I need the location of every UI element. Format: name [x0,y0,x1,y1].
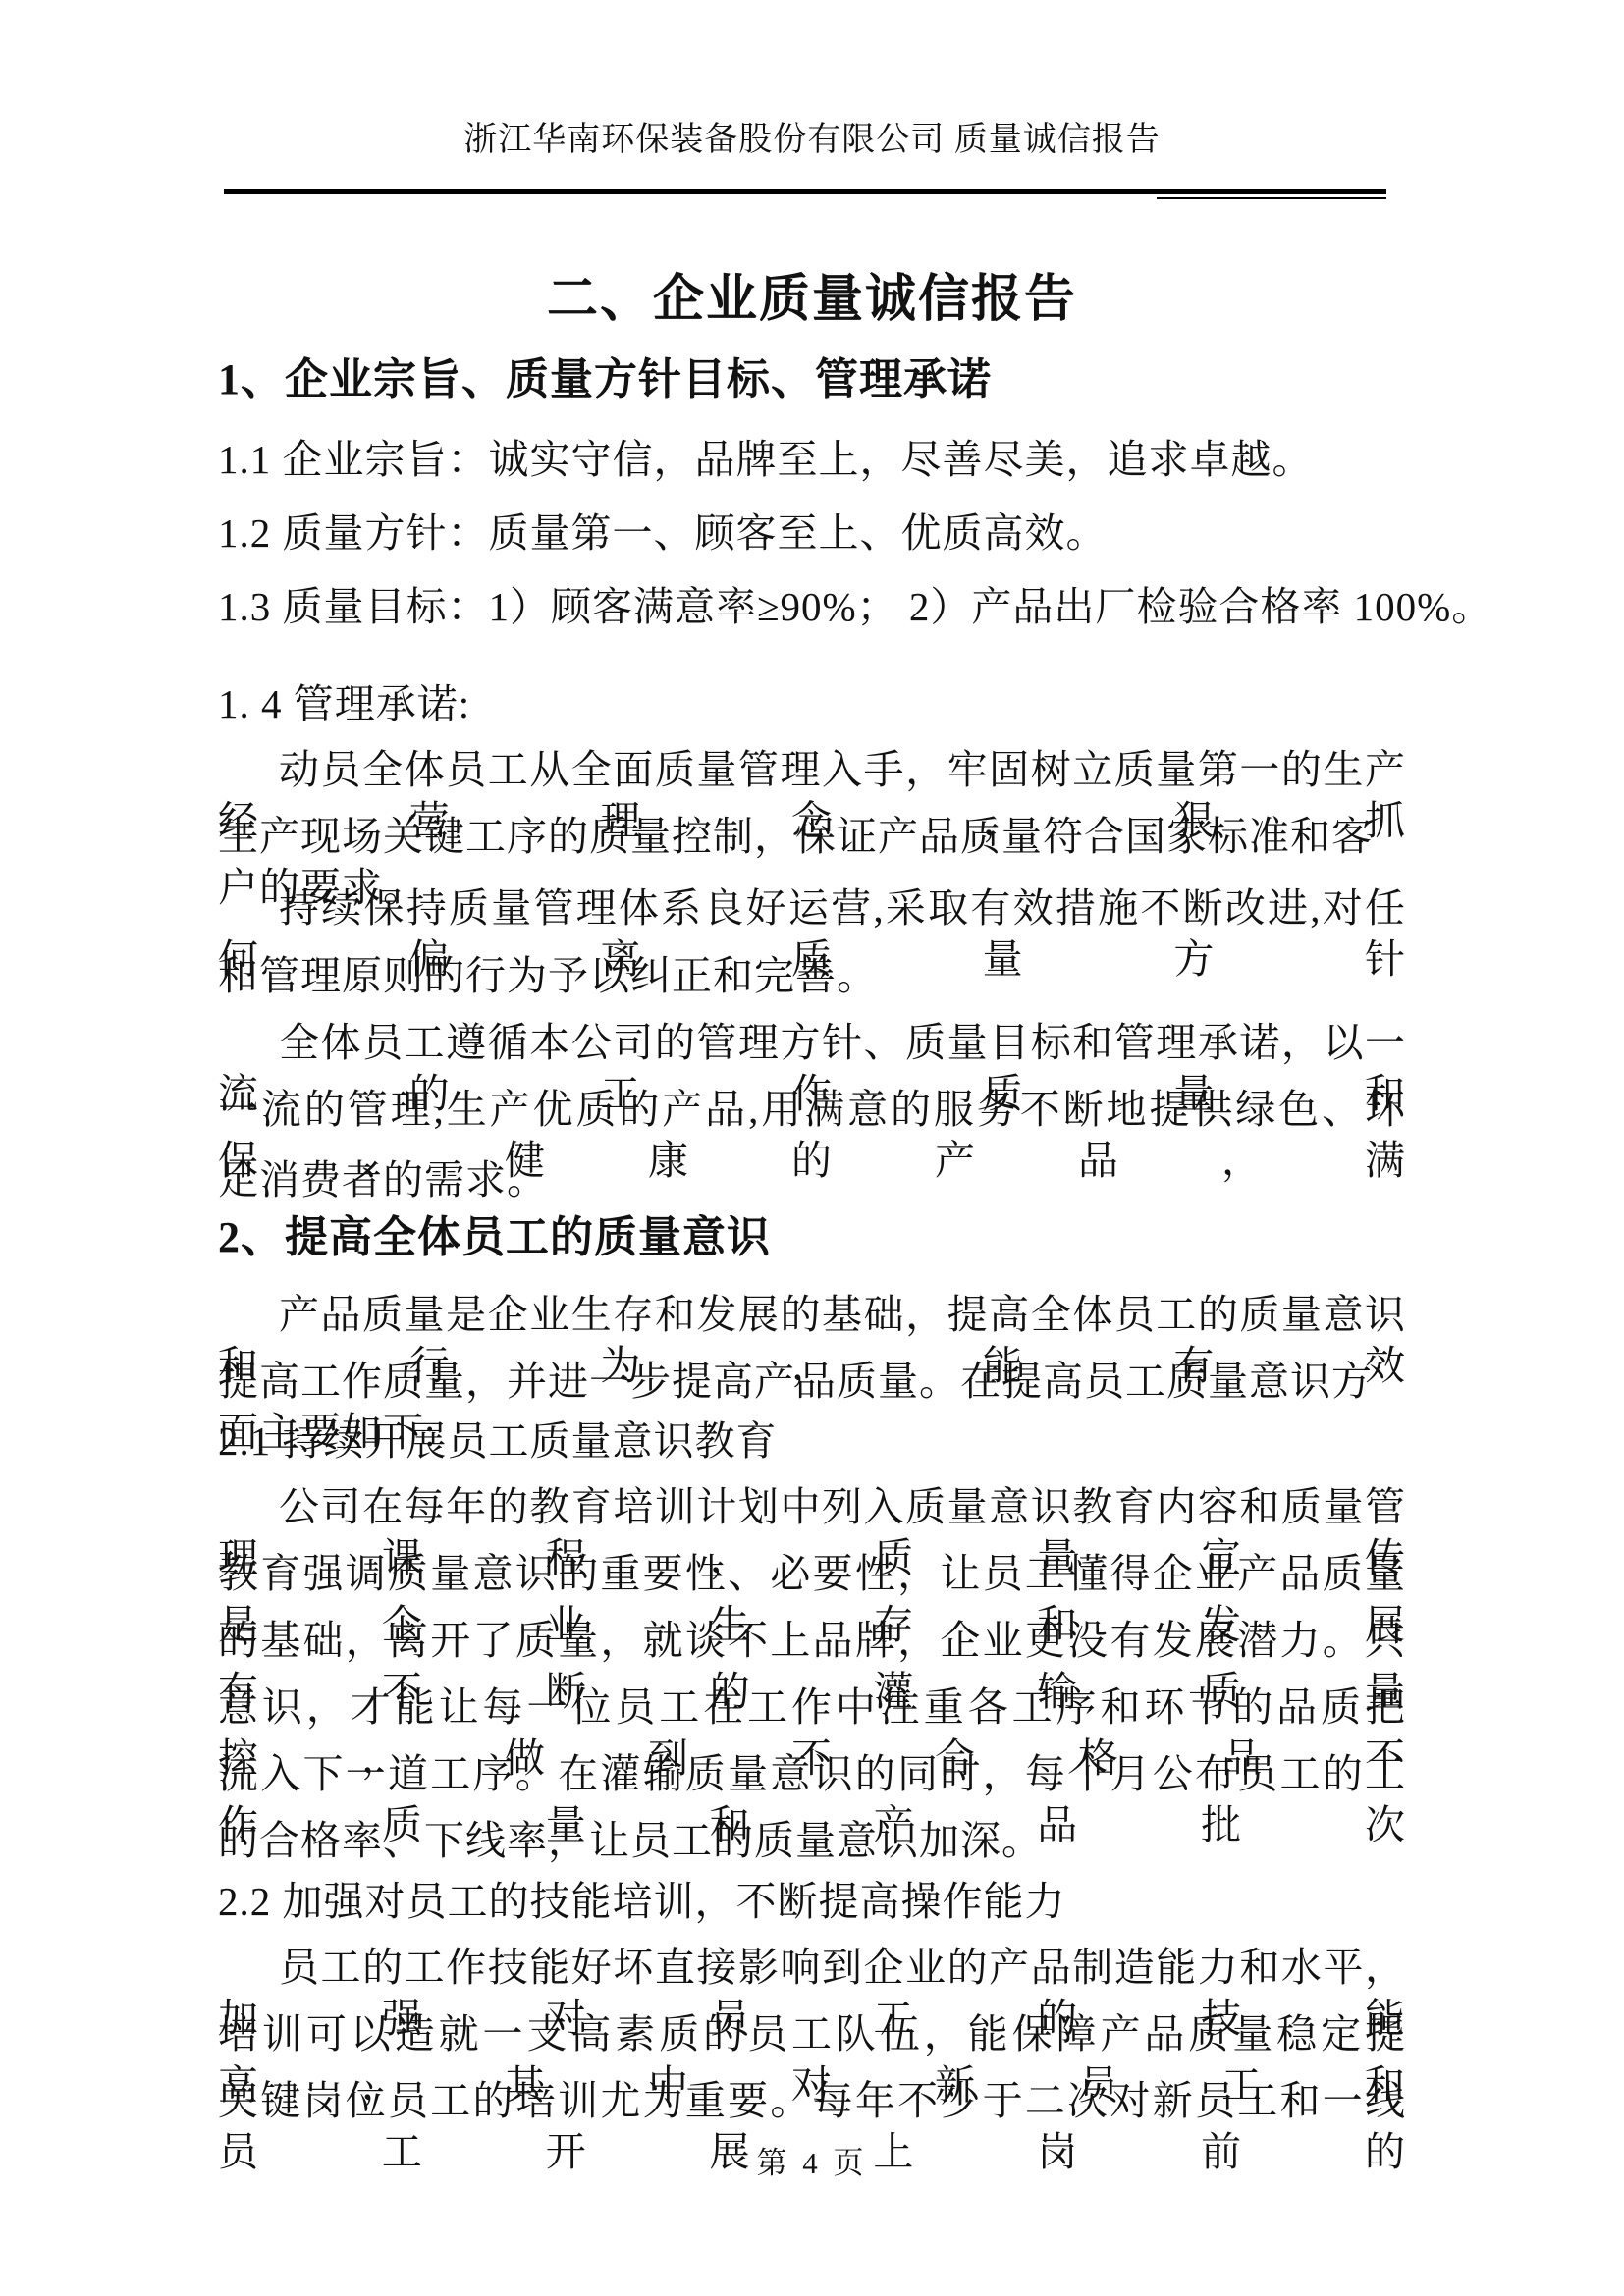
document-page: 浙江华南环保装备股份有限公司 质量诚信报告 二、企业质量诚信报告 1、企业宗旨、… [0,0,1624,2296]
header-divider-artifact [1157,197,1386,199]
page-number: 第 4 页 [0,2138,1624,2182]
item-1-2: 1.2 质量方针：质量第一、顾客至上、优质高效。 [218,507,1406,559]
section-2-heading: 2、提高全体员工的质量意识 [218,1201,1406,1264]
section-1-heading: 1、企业宗旨、质量方针目标、管理承诺 [218,344,1406,406]
paragraph-line: 足消费者的需求。 [218,1154,1406,1205]
item-1-4: 1. 4 管理承诺: [218,678,1406,729]
paragraph-line: 和管理原则的行为予以纠正和完善。 [218,950,1406,1001]
header-divider [224,189,1386,194]
subsection-2-2-heading: 2.2 加强对员工的技能培训，不断提高操作能力 [218,1876,1406,1927]
page-title: 二、企业质量诚信报告 [0,257,1624,331]
subsection-2-1-heading: 2.1 持续开展员工质量意识教育 [218,1415,1406,1467]
item-1-3: 1.3 质量目标：1）顾客满意率≥90%； 2）产品出厂检验合格率 100%。 [218,581,1406,632]
paragraph-line: 的合格率、下线率，让员工的质量意识加深。 [218,1815,1406,1866]
item-1-1: 1.1 企业宗旨：诚实守信，品牌至上，尽善尽美，追求卓越。 [218,434,1406,485]
page-header: 浙江华南环保装备股份有限公司 质量诚信报告 [0,112,1624,160]
